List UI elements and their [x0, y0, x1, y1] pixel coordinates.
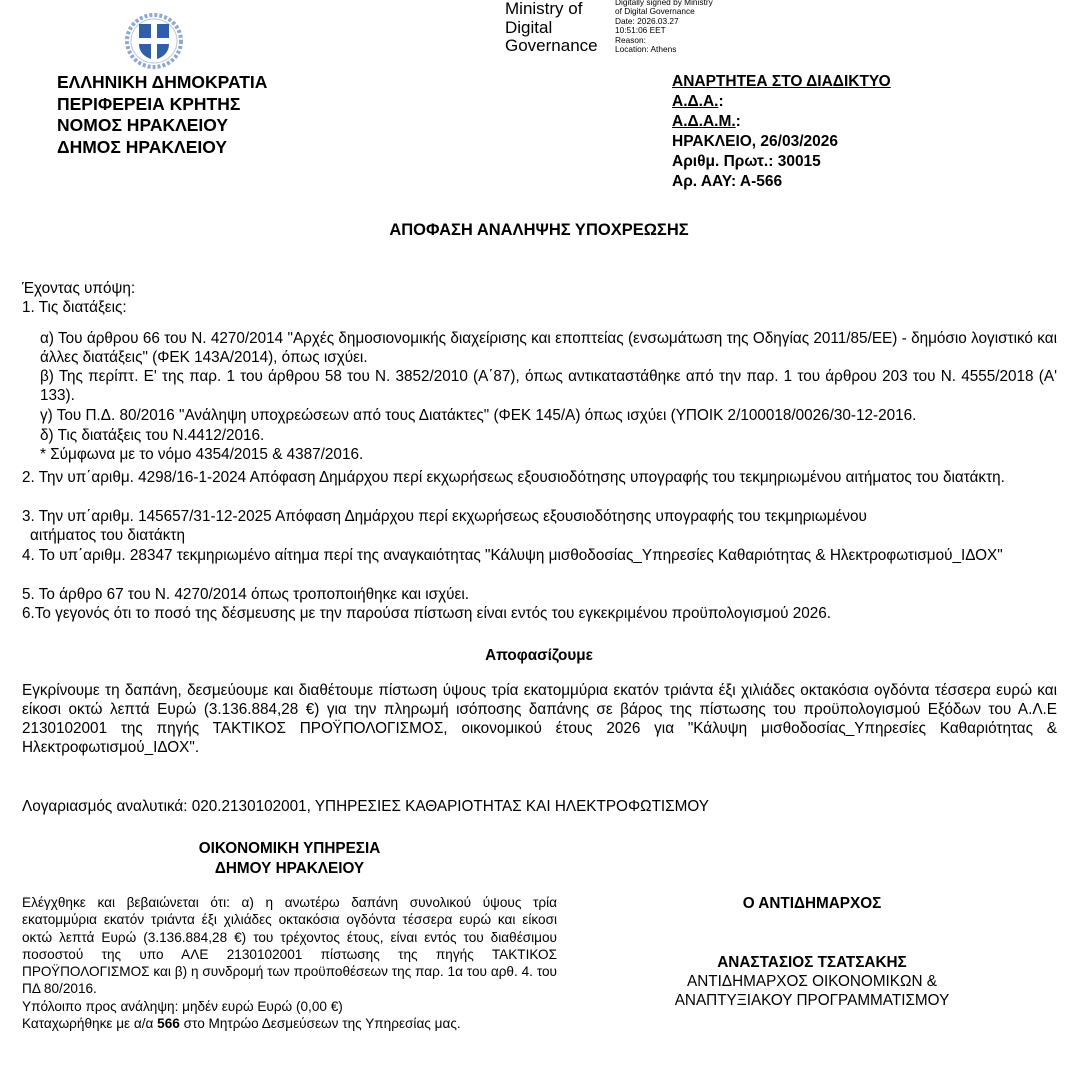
- publish-notice: ΑΝΑΡΤΗΤΕΑ ΣΤΟ ΔΙΑΔΙΚΤΥΟ: [672, 72, 891, 92]
- registration-number: 566: [157, 1016, 180, 1031]
- decision-text: Εγκρίνουμε τη δαπάνη, δεσμεύουμε και δια…: [22, 681, 1057, 757]
- considering-item-2: 2. Την υπ΄αριθμ. 4298/16-1-2024 Απόφαση …: [22, 468, 1057, 487]
- signer-line: Governance: [505, 37, 598, 56]
- provision-d: δ) Τις διατάξεις του Ν.4412/2016.: [40, 426, 264, 445]
- considering-item-3-cont: αιτήματος του διατάκτη: [30, 526, 185, 545]
- document-title: ΑΠΟΦΑΣΗ ΑΝΑΛΗΨΗΣ ΥΠΟΧΡΕΩΣΗΣ: [0, 221, 1078, 240]
- adam-field: Α.Δ.Α.Μ.:: [672, 112, 891, 132]
- signer-line: Ministry of: [505, 0, 598, 19]
- signatory-title: ΑΝΑΠΤΥΞΙΑΚΟΥ ΠΡΟΓΡΑΜΜΑΤΙΣΜΟΥ: [632, 991, 992, 1010]
- commitment-registration: Καταχωρήθηκε με α/α 566 στο Μητρώο Δεσμε…: [22, 1015, 557, 1032]
- digital-signature-signer: Ministry of Digital Governance: [505, 0, 598, 56]
- signatory-title: ΑΝΤΙΔΗΜΑΡΧΟΣ ΟΙΚΟΝΟΜΙΚΩΝ &: [632, 972, 992, 991]
- provision-c: γ) Του Π.Δ. 80/2016 "Ανάληψη υποχρεώσεων…: [40, 406, 916, 425]
- issuer-line: ΠΕΡΙΦΕΡΕΙΑ ΚΡΗΤΗΣ: [57, 94, 267, 116]
- document-reference-block: ΑΝΑΡΤΗΤΕΑ ΣΤΟ ΔΙΑΔΙΚΤΥΟ Α.Δ.Α.: Α.Δ.Α.Μ.…: [672, 72, 891, 192]
- issuer-block: ΕΛΛΗΝΙΚΗ ΔΗΜΟΚΡΑΤΙΑ ΠΕΡΙΦΕΡΕΙΑ ΚΡΗΤΗΣ ΝΟ…: [57, 72, 267, 158]
- digital-signature-details: Digitally signed by Ministry of Digital …: [615, 0, 713, 54]
- signatory-name: ΑΝΑΣΤΑΣΙΟΣ ΤΣΑΤΣΑΚΗΣ: [632, 953, 992, 972]
- signer-line: Digital: [505, 19, 598, 38]
- considering-item-5: 5. Το άρθρο 67 του Ν. 4270/2014 όπως τρο…: [22, 585, 469, 604]
- considering-item-1: 1. Τις διατάξεις:: [22, 298, 127, 317]
- remaining-amount: Υπόλοιπο προς ανάληψη: μηδέν ευρώ Ευρώ (…: [22, 998, 557, 1015]
- place-date: ΗΡΑΚΛΕΙΟ, 26/03/2026: [672, 132, 891, 152]
- account-details: Λογαριασμός αναλυτικά: 020.2130102001, Υ…: [22, 797, 709, 816]
- greek-coat-of-arms-icon: [124, 12, 184, 70]
- considering-item-3: 3. Την υπ΄αριθμ. 145657/31-12-2025 Απόφα…: [22, 507, 867, 526]
- considering-item-6: 6.Το γεγονός ότι το ποσό της δέσμευσης μ…: [22, 604, 831, 623]
- adam-label: Α.Δ.Α.Μ.: [672, 113, 736, 130]
- finance-heading-line: ΟΙΚΟΝΟΜΙΚΗ ΥΠΗΡΕΣΙΑ: [22, 839, 557, 859]
- issuer-line: ΕΛΛΗΝΙΚΗ ΔΗΜΟΚΡΑΤΙΑ: [57, 72, 267, 94]
- provision-b: β) Της περίπτ. Ε' της παρ. 1 του άρθρου …: [40, 367, 1057, 405]
- decision-heading: Αποφασίζουμε: [0, 647, 1078, 665]
- protocol-number: Αριθμ. Πρωτ.: 30015: [672, 152, 891, 172]
- ada-label: Α.Δ.Α.: [672, 93, 718, 110]
- considering-intro: Έχοντας υπόψη:: [22, 279, 135, 298]
- finance-verification-block: Ελέγχθηκε και βεβαιώνεται ότι: α) η ανωτ…: [22, 894, 557, 1032]
- issuer-line: ΔΗΜΟΣ ΗΡΑΚΛΕΙΟΥ: [57, 137, 267, 159]
- signatory-block: ΑΝΑΣΤΑΣΙΟΣ ΤΣΑΤΣΑΚΗΣ ΑΝΤΙΔΗΜΑΡΧΟΣ ΟΙΚΟΝΟ…: [632, 953, 992, 1010]
- provision-note: * Σύμφωνα με το νόμο 4354/2015 & 4387/20…: [40, 445, 363, 464]
- ada-field: Α.Δ.Α.:: [672, 92, 891, 112]
- finance-heading-line: ΔΗΜΟΥ ΗΡΑΚΛΕΙΟΥ: [22, 859, 557, 879]
- signatory-role: Ο ΑΝΤΙΔΗΜΑΡΧΟΣ: [632, 895, 992, 913]
- finance-heading: ΟΙΚΟΝΟΜΙΚΗ ΥΠΗΡΕΣΙΑ ΔΗΜΟΥ ΗΡΑΚΛΕΙΟΥ: [22, 839, 557, 879]
- issuer-line: ΝΟΜΟΣ ΗΡΑΚΛΕΙΟΥ: [57, 115, 267, 137]
- registration-prefix: Καταχωρήθηκε με α/α: [22, 1016, 157, 1031]
- signature-meta-line: Location: Athens: [615, 45, 713, 54]
- considering-item-4: 4. Το υπ΄αριθμ. 28347 τεκμηριωμένο αίτημ…: [22, 546, 1057, 565]
- registration-suffix: στο Μητρώο Δεσμεύσεων της Υπηρεσίας μας.: [180, 1016, 461, 1031]
- finance-verification-text: Ελέγχθηκε και βεβαιώνεται ότι: α) η ανωτ…: [22, 894, 557, 998]
- provision-a: α) Του άρθρου 66 του Ν. 4270/2014 "Αρχές…: [40, 329, 1057, 367]
- aay-number: Αρ. ΑΑΥ: Α-566: [672, 172, 891, 192]
